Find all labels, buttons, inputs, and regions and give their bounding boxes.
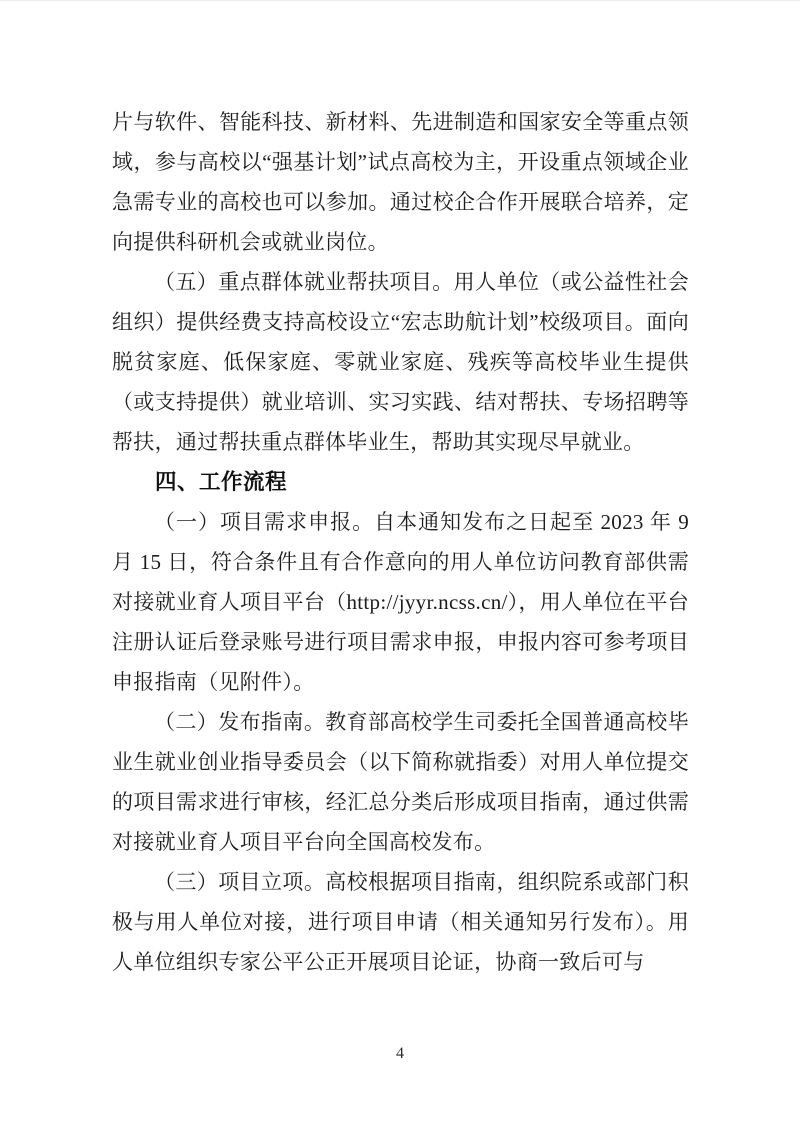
document-body: 片与软件、智能科技、新材料、先进制造和国家安全等重点领域，参与高校以“强基计划”…: [112, 102, 689, 982]
paragraph-step-2-publish-guide: （二）发布指南。教育部高校学生司委托全国普通高校毕业生就业创业指导委员会（以下简…: [112, 702, 689, 862]
paragraph-item-5-employment-assistance: （五）重点群体就业帮扶项目。用人单位（或公益性社会组织）提供经费支持高校设立“宏…: [112, 262, 689, 462]
paragraph-step-3-project-approval: （三）项目立项。高校根据项目指南，组织院系或部门积极与用人单位对接，进行项目申请…: [112, 862, 689, 982]
document-page: 片与软件、智能科技、新材料、先进制造和国家安全等重点领域，参与高校以“强基计划”…: [0, 0, 800, 1132]
section-heading-work-process: 四、工作流程: [112, 462, 689, 502]
paragraph-step-1-demand-application: （一）项目需求申报。自本通知发布之日起至 2023 年 9 月 15 日，符合条…: [112, 502, 689, 702]
paragraph-key-fields-continuation: 片与软件、智能科技、新材料、先进制造和国家安全等重点领域，参与高校以“强基计划”…: [112, 102, 689, 262]
page-number: 4: [0, 1045, 800, 1063]
